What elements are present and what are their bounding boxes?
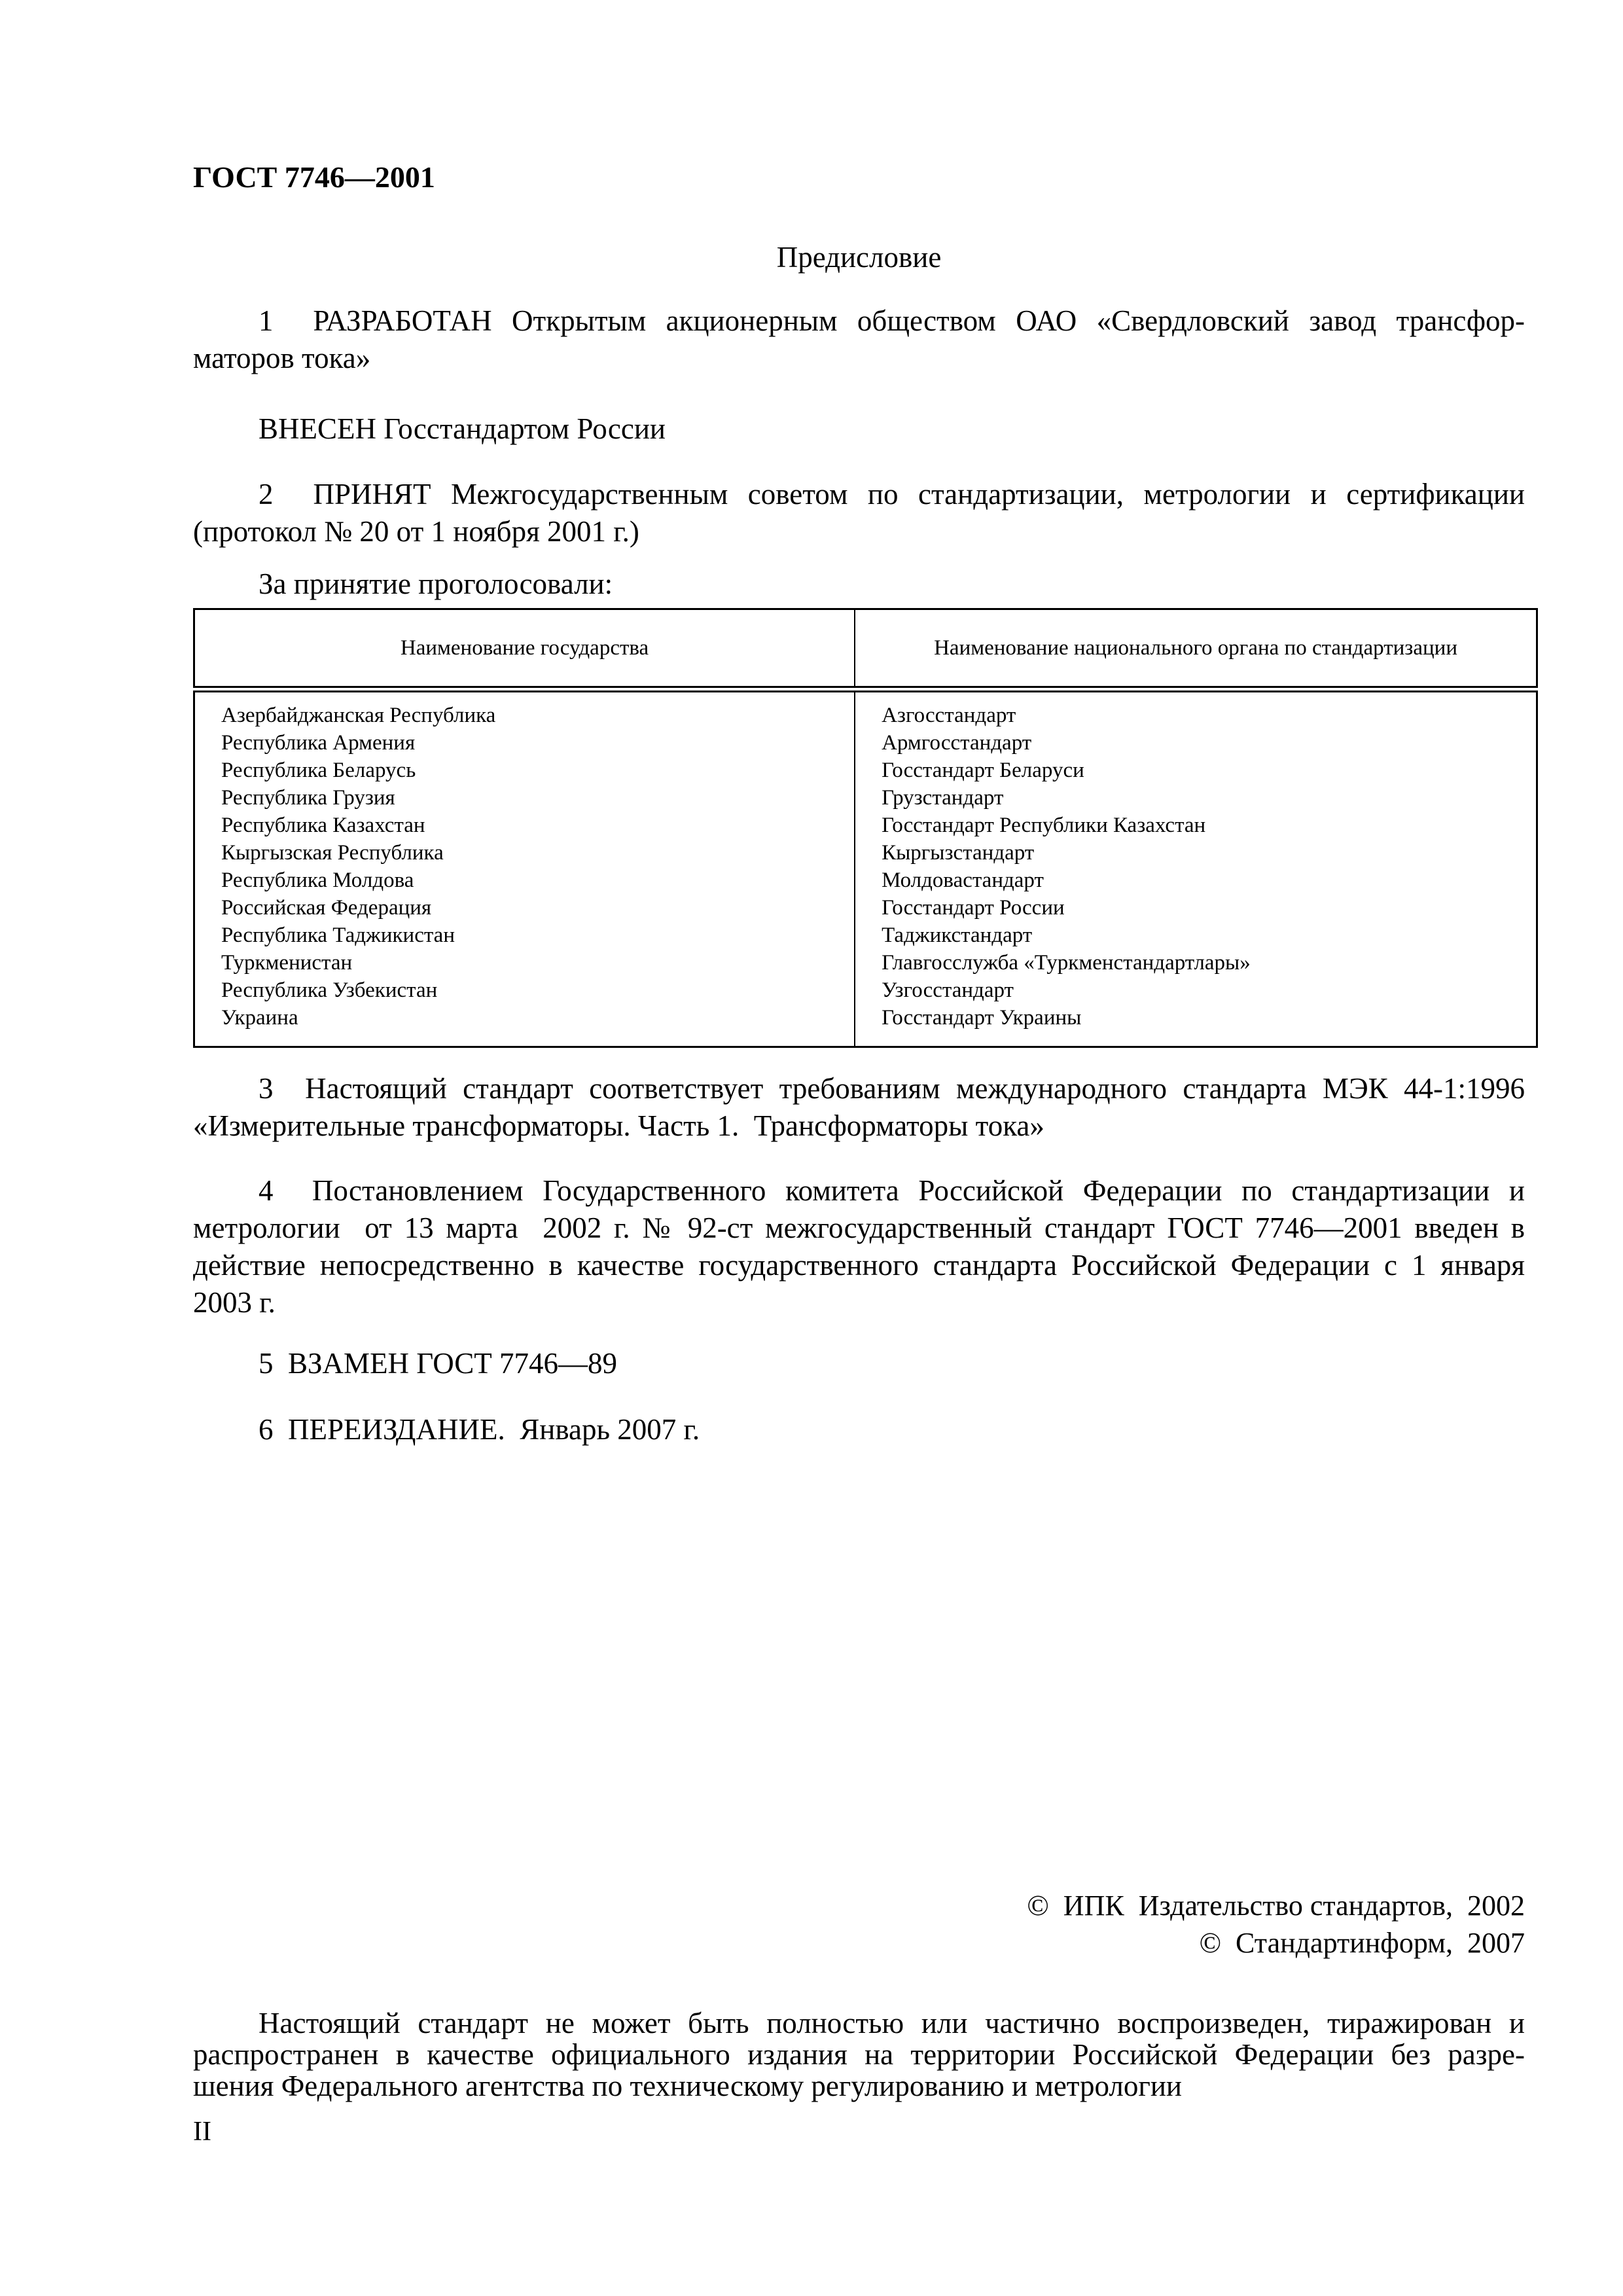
clause-2-line: 2 ПРИНЯТ Межгосударственным советом по с…	[193, 476, 1525, 513]
cell-state: Республика Казахстан	[194, 812, 855, 839]
cell-state: Азербайджанская Республика	[194, 689, 855, 729]
reproduction-note-line: Настоящий стандарт не может быть полност…	[193, 2007, 1525, 2039]
cell-state: Республика Узбекистан	[194, 977, 855, 1004]
cell-state: Российская Федерация	[194, 894, 855, 922]
reproduction-note: Настоящий стандарт не может быть полност…	[193, 2007, 1525, 2102]
clause-4-line: 2003 г.	[193, 1284, 1525, 1321]
table-row: УкраинаГосстандарт Украины	[194, 1004, 1537, 1047]
voting-table-header: Наименование государства Наименование на…	[194, 609, 1537, 690]
table-row: Республика ТаджикистанТаджикстандарт	[194, 922, 1537, 949]
clause-2-line: (протокол № 20 от 1 ноября 2001 г.)	[193, 513, 1525, 550]
table-row: Республика АрменияАрмгосстандарт	[194, 729, 1537, 757]
clause-1-line: маторов тока»	[193, 340, 1525, 377]
cell-state: Кыргызская Республика	[194, 839, 855, 867]
table-row: Республика КазахстанГосстандарт Республи…	[194, 812, 1537, 839]
cell-org: Армгосстандарт	[855, 729, 1537, 757]
page-title: Предисловие	[193, 239, 1525, 276]
table-row: Азербайджанская РеспубликаАзгосстандарт	[194, 689, 1537, 729]
clause-5-line: 5 ВЗАМЕН ГОСТ 7746—89	[193, 1345, 1525, 1382]
table-row: Республика МолдоваМолдовастандарт	[194, 867, 1537, 894]
page-number: II	[193, 2116, 1525, 2147]
header-row: Наименование государства Наименование на…	[194, 609, 1537, 690]
cell-org: Грузстандарт	[855, 784, 1537, 812]
cell-org: Госстандарт Беларуси	[855, 757, 1537, 784]
table-row: Республика БеларусьГосстандарт Беларуси	[194, 757, 1537, 784]
cell-org: Кыргызстандарт	[855, 839, 1537, 867]
cell-org: Таджикстандарт	[855, 922, 1537, 949]
voting-intro-line: За принятие проголосовали:	[193, 565, 1525, 603]
copyright-block: © ИПК Издательство стандартов, 2002 © Ст…	[193, 1890, 1525, 1965]
cell-state: Республика Армения	[194, 729, 855, 757]
table-row: Республика УзбекистанУзгосстандарт	[194, 977, 1537, 1004]
clause-3-line: 3 Настоящий стандарт соответствует требо…	[193, 1070, 1525, 1107]
copyright-line-standartinform: © Стандартинформ, 2007	[193, 1928, 1525, 1965]
clause-4-line: метрологии от 13 марта 2002 г. № 92-ст м…	[193, 1210, 1525, 1247]
reproduction-note-line: шения Федерального агентства по техничес…	[193, 2070, 1525, 2102]
doc-code: ГОСТ 7746—2001	[193, 159, 1525, 195]
cell-state: Республика Молдова	[194, 867, 855, 894]
cell-org: Госстандарт России	[855, 894, 1537, 922]
clause-6: 6 ПЕРЕИЗДАНИЕ. Январь 2007 г.	[193, 1411, 1525, 1448]
clause-1-line: 1 РАЗРАБОТАН Открытым акционерным общест…	[193, 302, 1525, 340]
clause-vnesen: ВНЕСЕН Госстандартом России	[193, 410, 1525, 448]
table-row: Кыргызская РеспубликаКыргызстандарт	[194, 839, 1537, 867]
cell-org: Госстандарт Республики Казахстан	[855, 812, 1537, 839]
voting-table-body: Азербайджанская РеспубликаАзгосстандартР…	[194, 689, 1537, 1047]
copyright-line-ipk: © ИПК Издательство стандартов, 2002	[193, 1890, 1525, 1928]
column-header-state: Наименование государства	[194, 609, 855, 690]
clause-2: 2 ПРИНЯТ Межгосударственным советом по с…	[193, 476, 1525, 550]
cell-state: Республика Таджикистан	[194, 922, 855, 949]
clause-3: 3 Настоящий стандарт соответствует требо…	[193, 1070, 1525, 1145]
cell-org: Узгосстандарт	[855, 977, 1537, 1004]
cell-state: Республика Грузия	[194, 784, 855, 812]
cell-org: Азгосстандарт	[855, 689, 1537, 729]
clause-vnesen-line: ВНЕСЕН Госстандартом России	[193, 410, 1525, 448]
cell-org: Госстандарт Украины	[855, 1004, 1537, 1047]
cell-state: Украина	[194, 1004, 855, 1047]
voting-table: Наименование государства Наименование на…	[193, 608, 1538, 1048]
clause-4: 4 Постановлением Государственного комите…	[193, 1172, 1525, 1321]
table-row: Республика ГрузияГрузстандарт	[194, 784, 1537, 812]
cell-org: Главгосслужба «Туркменстандартлары»	[855, 949, 1537, 977]
document-page: ГОСТ 7746—2001 Предисловие 1 РАЗРАБОТАН …	[0, 0, 1623, 2296]
cell-state: Туркменистан	[194, 949, 855, 977]
reproduction-note-line: распространен в качестве официального из…	[193, 2039, 1525, 2070]
cell-org: Молдовастандарт	[855, 867, 1537, 894]
clause-5: 5 ВЗАМЕН ГОСТ 7746—89	[193, 1345, 1525, 1382]
clause-1: 1 РАЗРАБОТАН Открытым акционерным общест…	[193, 302, 1525, 377]
clause-6-line: 6 ПЕРЕИЗДАНИЕ. Январь 2007 г.	[193, 1411, 1525, 1448]
table-row: Российская ФедерацияГосстандарт России	[194, 894, 1537, 922]
clause-4-line: 4 Постановлением Государственного комите…	[193, 1172, 1525, 1210]
clause-4-line: действие непосредственно в качестве госу…	[193, 1247, 1525, 1284]
clause-3-line: «Измерительные трансформаторы. Часть 1. …	[193, 1107, 1525, 1145]
voting-intro: За принятие проголосовали:	[193, 565, 1525, 603]
table-row: ТуркменистанГлавгосслужба «Туркменстанда…	[194, 949, 1537, 977]
column-header-org: Наименование национального органа по ста…	[855, 609, 1537, 690]
cell-state: Республика Беларусь	[194, 757, 855, 784]
